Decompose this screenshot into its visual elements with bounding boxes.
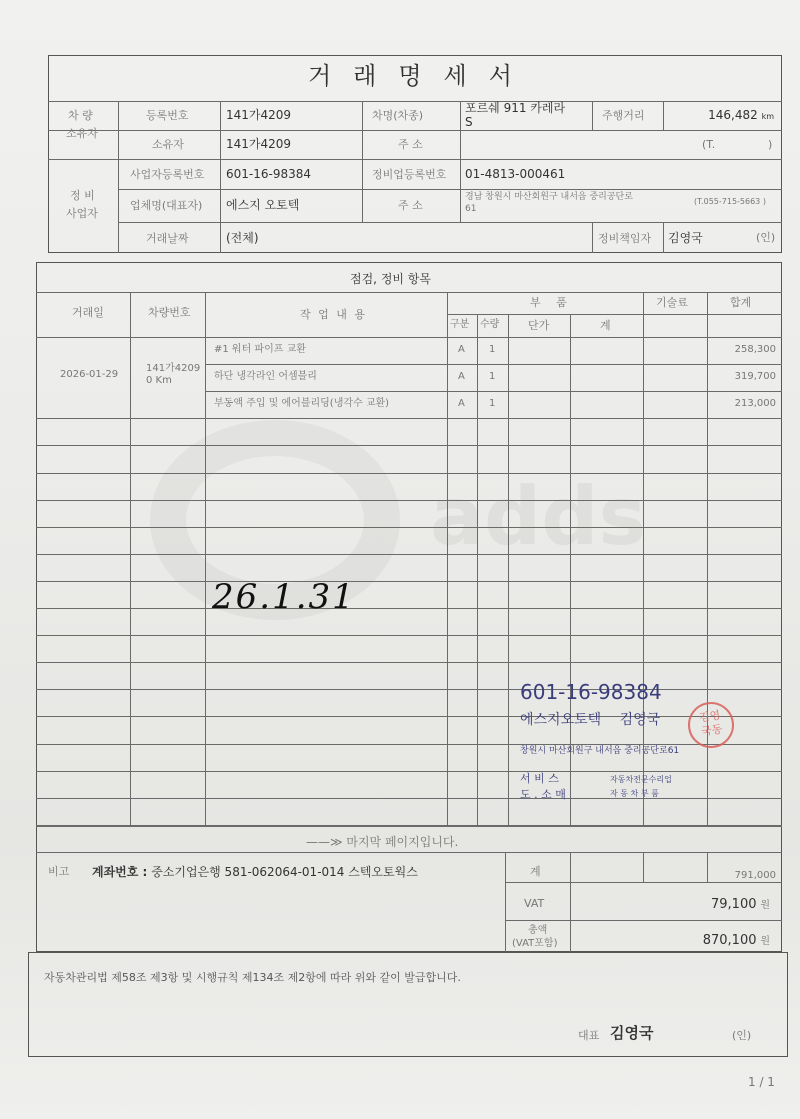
stamp-address: 창원시 마산회원구 내서읍 중리공단로61 [520, 747, 679, 756]
item-category: A [458, 345, 465, 355]
stamp-type-right-1: 자동차전문수리업 [610, 776, 672, 784]
item-category: A [458, 399, 465, 409]
grid-col-line [508, 314, 509, 825]
grid-row-line [36, 473, 782, 474]
header-vehicle-no: 차량번호 [148, 307, 191, 318]
owner-address-label: 주 소 [398, 139, 423, 150]
vat-amount: 79,100 [711, 897, 757, 912]
item-total: 258,300 [708, 345, 776, 355]
grid-row-line [36, 554, 782, 555]
item-vehicle-mileage: 0 Km [146, 376, 172, 386]
remarks-label: 비고 [48, 866, 69, 877]
owner-label: 소유자 [152, 139, 184, 150]
grid-row-line [36, 445, 782, 446]
owner-phone-prefix: (T. [702, 139, 715, 150]
date-label: 거래날짜 [146, 233, 189, 244]
handwritten-date: 26.1.31 [212, 580, 356, 614]
item-qty: 1 [489, 372, 495, 382]
summary-subtotal-label: 계 [530, 866, 541, 877]
mileage-value: 146,482 km [668, 109, 774, 121]
stamp-type-right-2: 자 동 차 부 품 [610, 790, 659, 798]
manager-label: 정비책임자 [598, 233, 651, 244]
shop-address-value: 경남 창원시 마산회원구 내서읍 중리공단로 [465, 193, 633, 202]
header-subtotal: 계 [600, 320, 611, 331]
header-category: 구분 [450, 320, 469, 330]
header-parts: 부 품 [530, 297, 573, 308]
reg-no-value: 141가4209 [226, 109, 291, 121]
account-value: 중소기업은행 581-062064-01-014 스텍오토웍스 [151, 865, 418, 879]
manager-seal-mark: (인) [756, 232, 775, 243]
grid-col-line [477, 314, 478, 825]
grid-row-line [36, 798, 782, 799]
mileage-unit: km [762, 112, 774, 121]
page-indicator: 1 / 1 [748, 1076, 775, 1088]
total-amount: 870,100 [703, 933, 757, 948]
model-label: 차명(차종) [372, 110, 423, 121]
header-unit-price: 단가 [528, 320, 549, 331]
item-qty: 1 [489, 399, 495, 409]
item-work: 하단 냉각라인 어셈블리 [214, 372, 317, 382]
grid-row-line [36, 744, 782, 745]
grid-row-line [36, 581, 782, 582]
items-section-title: 점검, 정비 항목 [350, 273, 431, 285]
model-value-line2: S [465, 116, 473, 128]
model-value: 포르쉐 911 카레라 [465, 102, 565, 114]
mileage-label: 주행거리 [602, 110, 645, 121]
company-label: 업체명(대표자) [130, 200, 202, 211]
grid-row-line [36, 608, 782, 609]
owner-value: 141가4209 [226, 138, 291, 150]
biz-reg-label: 사업자등록번호 [130, 169, 204, 180]
stamp-biz-no: 601-16-98384 [520, 682, 662, 702]
stamp-company-name: 에스지오토텍 김영국 [520, 713, 660, 727]
manager-value: 김영국 [668, 232, 703, 244]
rep-label: 대표 [578, 1030, 599, 1041]
item-work: 부동액 주입 및 에어블리딩(냉각수 교환) [214, 399, 389, 409]
header-qty: 수량 [480, 320, 499, 330]
date-value: (전체) [226, 232, 259, 244]
total-label: 총액 [528, 926, 547, 936]
grid-row-line [205, 364, 782, 365]
shop-reg-value: 01-4813-000461 [465, 168, 565, 180]
grid-row-line [36, 662, 782, 663]
grid-row-line [36, 716, 782, 717]
total-value: 870,100 원 [600, 934, 770, 947]
grid-row-line [36, 689, 782, 690]
item-qty: 1 [489, 345, 495, 355]
total-currency: 원 [760, 936, 770, 947]
grid-row-line [36, 771, 782, 772]
service-business-section-label-2: 사업자 [66, 208, 98, 219]
service-business-section-label: 정 비 [70, 190, 95, 201]
owner-phone-suffix: ) [768, 139, 772, 150]
grid-row-line [205, 391, 782, 392]
legal-text: 자동차관리법 제58조 제3항 및 시행규칙 제134조 제2항에 따라 위와 … [44, 972, 461, 983]
item-work: #1 워터 파이프 교환 [214, 345, 306, 355]
footer-frame [28, 952, 788, 1057]
reg-no-label: 등록번호 [146, 110, 189, 121]
grid-row-line [36, 418, 782, 419]
shop-address-value-line2: 61 [465, 205, 476, 214]
item-category: A [458, 372, 465, 382]
company-value: 에스지 오토텍 [226, 199, 299, 211]
account-label: 계좌번호 : [92, 865, 147, 879]
grid-row-line [36, 635, 782, 636]
header-date: 거래일 [72, 307, 104, 318]
last-page-note: ——≫ 마지막 페이지입니다. [306, 836, 458, 848]
grid-row-line [36, 527, 782, 528]
item-date: 2026-01-29 [60, 370, 118, 380]
biz-reg-value: 601-16-98384 [226, 168, 311, 180]
stamp-name: 에스지오토텍 [520, 712, 601, 728]
item-total: 213,000 [708, 399, 776, 409]
account-info: 계좌번호 : 중소기업은행 581-062064-01-014 스텍오토웍스 [92, 866, 418, 878]
vat-value: 79,100 원 [600, 898, 770, 911]
header-work: 작 업 내 용 [300, 309, 367, 320]
shop-phone: (T.055-715-5663 ) [694, 198, 766, 206]
header-total: 합계 [730, 297, 751, 308]
watermark-text: adds [430, 470, 646, 563]
vehicle-owner-section-label: 차 량 [68, 110, 93, 121]
vat-label: VAT [524, 898, 544, 909]
header-labor: 기술료 [656, 297, 688, 308]
stamp-owner: 김영국 [620, 712, 661, 728]
rep-seal-mark: (인) [732, 1030, 751, 1041]
item-total: 319,700 [708, 372, 776, 382]
shop-reg-label: 정비업등록번호 [372, 169, 446, 180]
item-vehicle-no: 141가4209 [146, 364, 200, 374]
stamp-type-left-1: 서 비 스 [520, 773, 559, 784]
rep-name: 김영국 [610, 1026, 653, 1041]
mileage-number: 146,482 [708, 108, 758, 122]
summary-subtotal-value: 791,000 [708, 871, 776, 881]
document-title: 거래명세서 [308, 64, 534, 88]
grid-row-line [36, 500, 782, 501]
stamp-type-left-2: 도 . 소 매 [520, 789, 566, 800]
shop-address-label: 주 소 [398, 200, 423, 211]
total-label-2: (VAT포함) [512, 939, 558, 949]
grid-col-line [130, 292, 131, 825]
vehicle-owner-section-label-2: 소유자 [66, 128, 98, 139]
vat-currency: 원 [760, 900, 770, 911]
